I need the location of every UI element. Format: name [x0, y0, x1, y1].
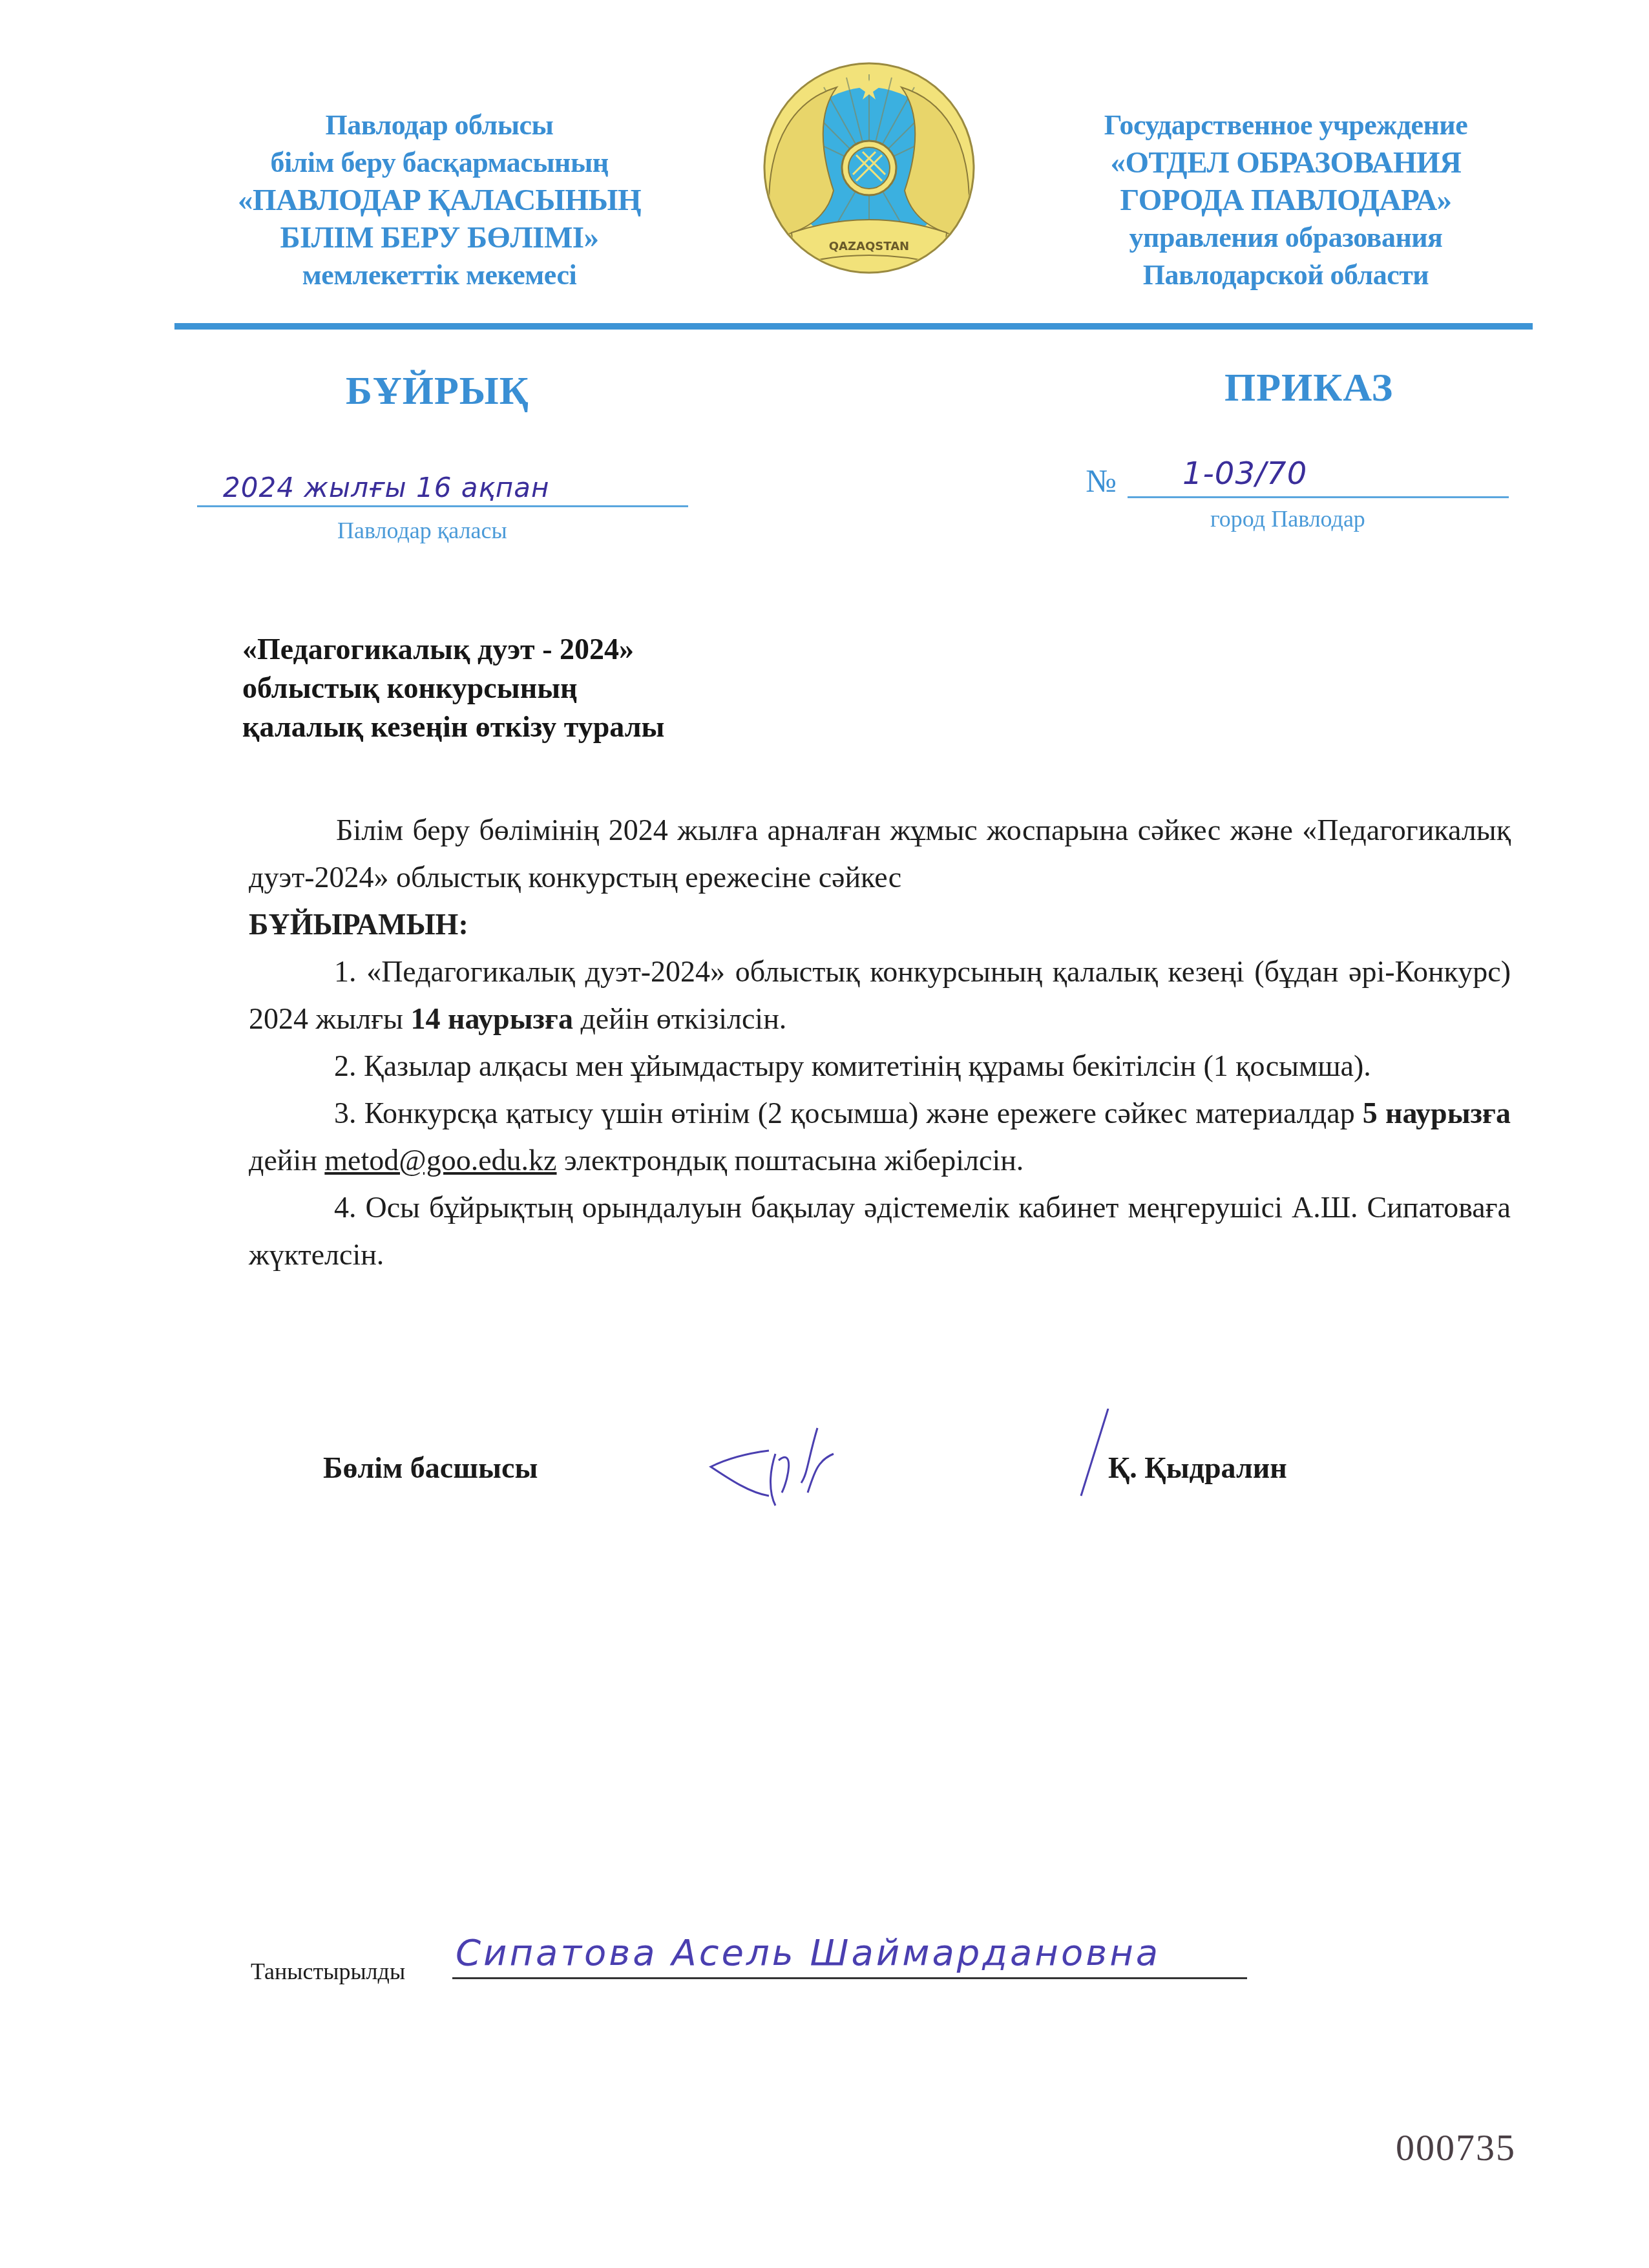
- header-kz-line-2: білім беру басқармасының: [194, 144, 685, 182]
- body-command: БҰЙЫРАМЫН:: [249, 901, 1511, 948]
- header-ru-line-3: ГОРОДА ПАВЛОДАРА»: [1034, 182, 1538, 219]
- title-line-1: «Педагогикалық дуэт - 2024»: [242, 630, 664, 669]
- order-title: «Педагогикалық дуэт - 2024» облыстық кон…: [242, 630, 664, 746]
- body-intro: Білім беру бөлімінің 2024 жылға арналған…: [249, 806, 1511, 901]
- header-ru-line-4: управления образования: [1034, 219, 1538, 257]
- signature-scribble-icon: [704, 1422, 885, 1512]
- kazakhstan-state-emblem-icon: QAZAQSTAN: [756, 61, 982, 278]
- order-item-1: 1. «Педагогикалық дуэт-2024» облыстық ко…: [249, 948, 1511, 1042]
- header-divider: [174, 323, 1533, 330]
- doc-type-ru: ПРИКАЗ: [1224, 365, 1393, 411]
- order-body: Білім беру бөлімінің 2024 жылға арналған…: [249, 806, 1511, 1278]
- order-item-3: 3. Конкурсқа қатысу үшін өтінім (2 қосым…: [249, 1089, 1511, 1184]
- header-ru-line-1: Государственное учреждение: [1034, 107, 1538, 144]
- city-kz: Павлодар қаласы: [337, 517, 507, 544]
- acquaintance-label: Таныстырылды: [251, 1958, 405, 1985]
- order-number-handwritten: 1-03/70: [1182, 456, 1307, 492]
- title-line-2: облыстық конкурсының: [242, 669, 664, 708]
- title-line-3: қалалық кезеңін өткізу туралы: [242, 708, 664, 746]
- header-kz-institution: Павлодар облысы білім беру басқармасының…: [194, 107, 685, 294]
- header-kz-line-3: «ПАВЛОДАР ҚАЛАСЫНЫҢ: [194, 182, 685, 219]
- email-link[interactable]: metod@goo.edu.kz: [324, 1144, 556, 1177]
- order-date-handwritten: 2024 жылғы 16 ақпан: [223, 472, 550, 503]
- date-underline: [197, 505, 688, 507]
- signatory-role: Бөлім басшысы: [323, 1451, 538, 1485]
- acquaintance-handwritten: Сипатова Асель Шаймардановна: [456, 1932, 1161, 1974]
- header-ru-line-5: Павлодарской области: [1034, 257, 1538, 294]
- header-ru-institution: Государственное учреждение «ОТДЕЛ ОБРАЗО…: [1034, 107, 1538, 294]
- order-item-4: 4. Осы бұйрықтың орындалуын бақылау әдіс…: [249, 1184, 1511, 1278]
- header-kz-line-4: БІЛІМ БЕРУ БӨЛІМІ»: [194, 219, 685, 257]
- signatory-name: Қ. Қыдралин: [1108, 1451, 1287, 1485]
- header-kz-line-1: Павлодар облысы: [194, 107, 685, 144]
- number-sign: №: [1086, 462, 1117, 499]
- number-underline: [1128, 496, 1509, 498]
- order-item-2: 2. Қазылар алқасы мен ұйымдастыру комите…: [249, 1042, 1511, 1089]
- doc-type-kz: БҰЙРЫҚ: [346, 368, 529, 414]
- serial-number: 000735: [1396, 2126, 1516, 2169]
- header-kz-line-5: мемлекеттік мекемесі: [194, 257, 685, 294]
- acquaintance-underline: [452, 1977, 1247, 1979]
- city-ru: город Павлодар: [1210, 505, 1365, 532]
- emblem-ribbon-text: QAZAQSTAN: [829, 240, 909, 253]
- header-ru-line-2: «ОТДЕЛ ОБРАЗОВАНИЯ: [1034, 144, 1538, 182]
